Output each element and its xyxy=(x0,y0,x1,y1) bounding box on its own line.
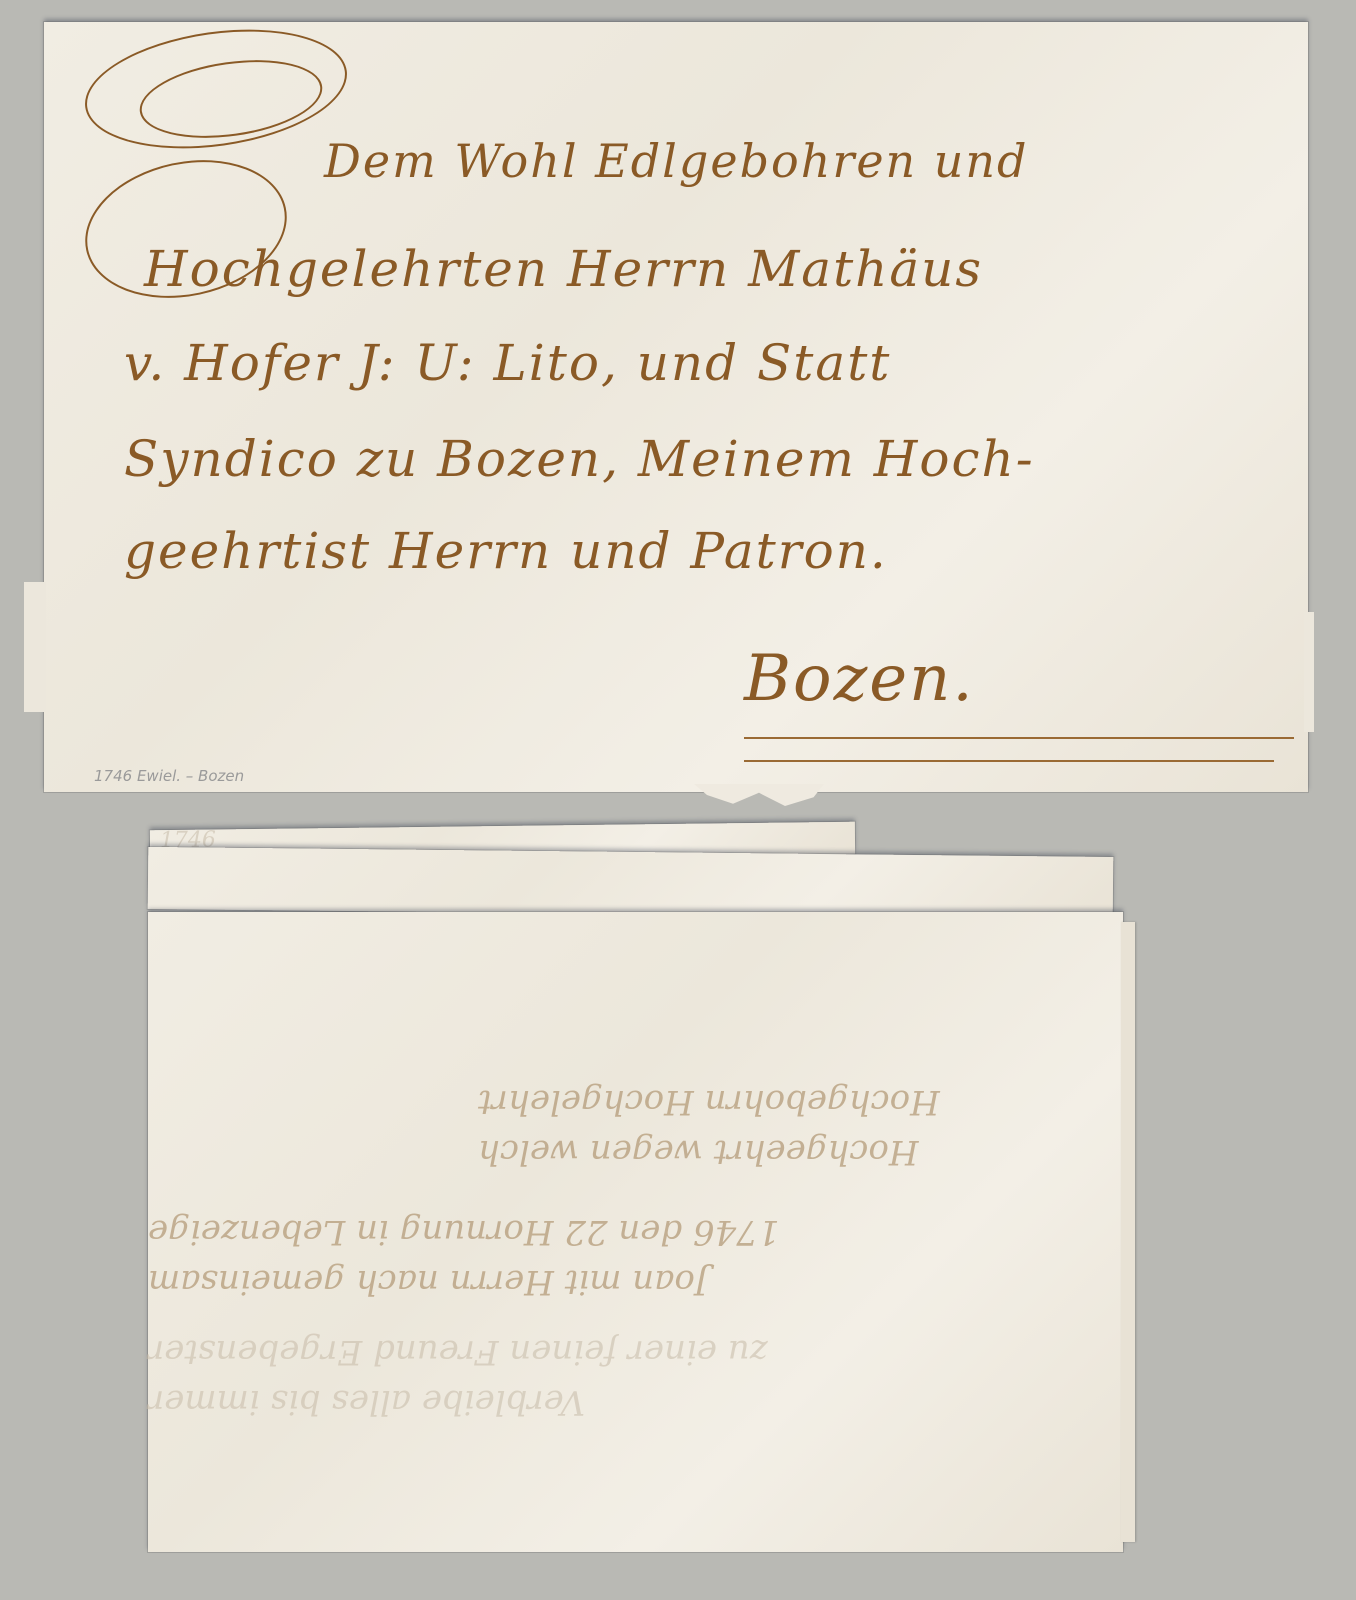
bleed-through-line: Hochgebohrn Hochgelehrt xyxy=(478,1082,940,1122)
bleed-through-line: zu einer feinen Freund Ergebenster xyxy=(148,1332,768,1372)
bleed-through-line: Verbleibe alles bis immer xyxy=(148,1382,585,1422)
address-line-5: geehrtist Herrn und Patron. xyxy=(124,522,888,580)
bleed-through-line: 1746 den 22 Hornung in Lebenzeige xyxy=(148,1212,780,1252)
pencil-annotation: 1746 Ewiel. – Bozen xyxy=(94,767,244,785)
destination-town: Bozen. xyxy=(744,642,975,716)
destination-underline xyxy=(744,737,1294,739)
address-line-2: Hochgelehrten Herrn Mathäus xyxy=(144,240,983,298)
address-line-4: Syndico zu Bozen, Meinem Hoch- xyxy=(124,430,1035,488)
back-second-flap xyxy=(148,847,1114,919)
address-line-1: Dem Wohl Edlgebohren und xyxy=(324,134,1029,188)
address-line-3: v. Hofer J: U: Lito, und Statt xyxy=(124,334,891,392)
left-fold-tab xyxy=(24,582,46,712)
letter-reverse: Hochgebohrn Hochgelehrt Hochgeehrt wegen… xyxy=(148,912,1123,1552)
address-panel: Dem Wohl Edlgebohren und Hochgelehrten H… xyxy=(44,22,1308,792)
right-edge xyxy=(1121,922,1135,1542)
bleed-through-line: Joan mit Herrn nach gemeinsam xyxy=(148,1262,709,1302)
destination-underline xyxy=(744,760,1274,762)
seal-tear xyxy=(694,784,824,806)
right-fold-tab xyxy=(1304,612,1314,732)
bleed-through-line: Hochgeehrt wegen welch xyxy=(478,1132,919,1172)
